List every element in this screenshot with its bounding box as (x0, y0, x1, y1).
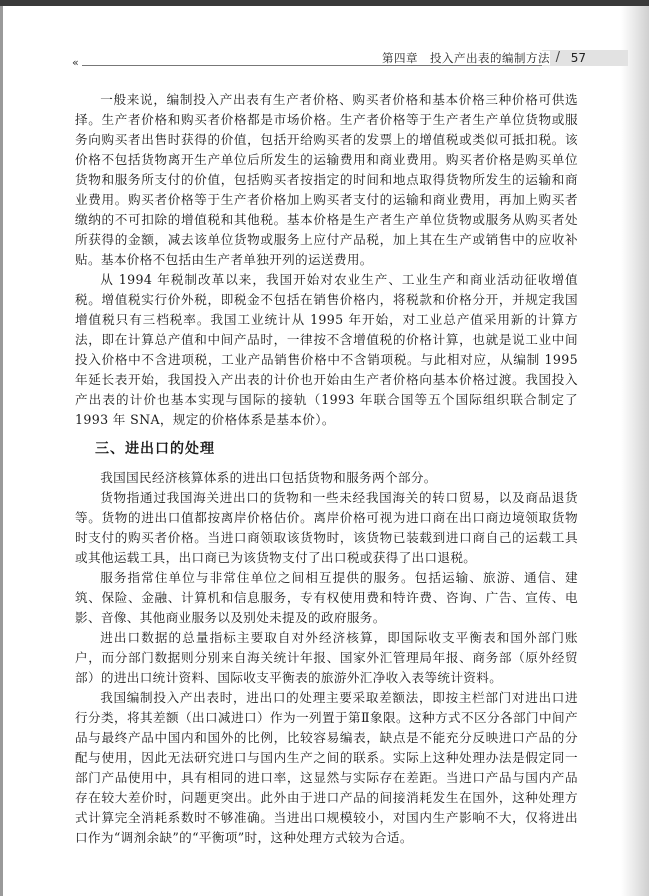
running-header: « 第四章 投入产出表的编制方法 / 57 (68, 50, 628, 72)
double-chevron-left-icon: « (72, 56, 79, 70)
paragraph: 从 1994 年税制改革以来，我国开始对农业生产、工业生产和商业活动征收增值税。… (75, 270, 578, 430)
page-body: 一般来说，编制投入产出表有生产者价格、购买者价格和基本价格三种价格可供选择。生产… (75, 90, 578, 848)
viewer-top-bar (0, 0, 649, 6)
paragraph: 我国国民经济核算体系的进出口包括货物和服务两个部分。 (75, 468, 578, 488)
page-left-edge (0, 6, 3, 896)
header-slash-divider: / (556, 50, 560, 65)
page-number: 57 (571, 51, 586, 65)
paragraph: 服务指常住单位与非常住单位之间相互提供的服务。包括运输、旅游、通信、建筑、保险、… (75, 568, 578, 628)
paragraph: 我国编制投入产出表时，进出口的处理主要采取差额法，即按主栏部门对进出口进行分类，… (75, 688, 578, 848)
page-right-shadow (621, 6, 649, 896)
section-heading: 三、进出口的处理 (75, 438, 578, 460)
paragraph: 一般来说，编制投入产出表有生产者价格、购买者价格和基本价格三种价格可供选择。生产… (75, 90, 578, 270)
paragraph: 进出口数据的总量指标主要取自对外经济核算，即国际收支平衡表和国外部门账户，而分部… (75, 628, 578, 688)
paragraph: 货物指通过我国海关进出口的货物和一些未经我国海关的转口贸易，以及商品退货等。货物… (75, 488, 578, 568)
chapter-title: 第四章 投入产出表的编制方法 (378, 51, 550, 65)
